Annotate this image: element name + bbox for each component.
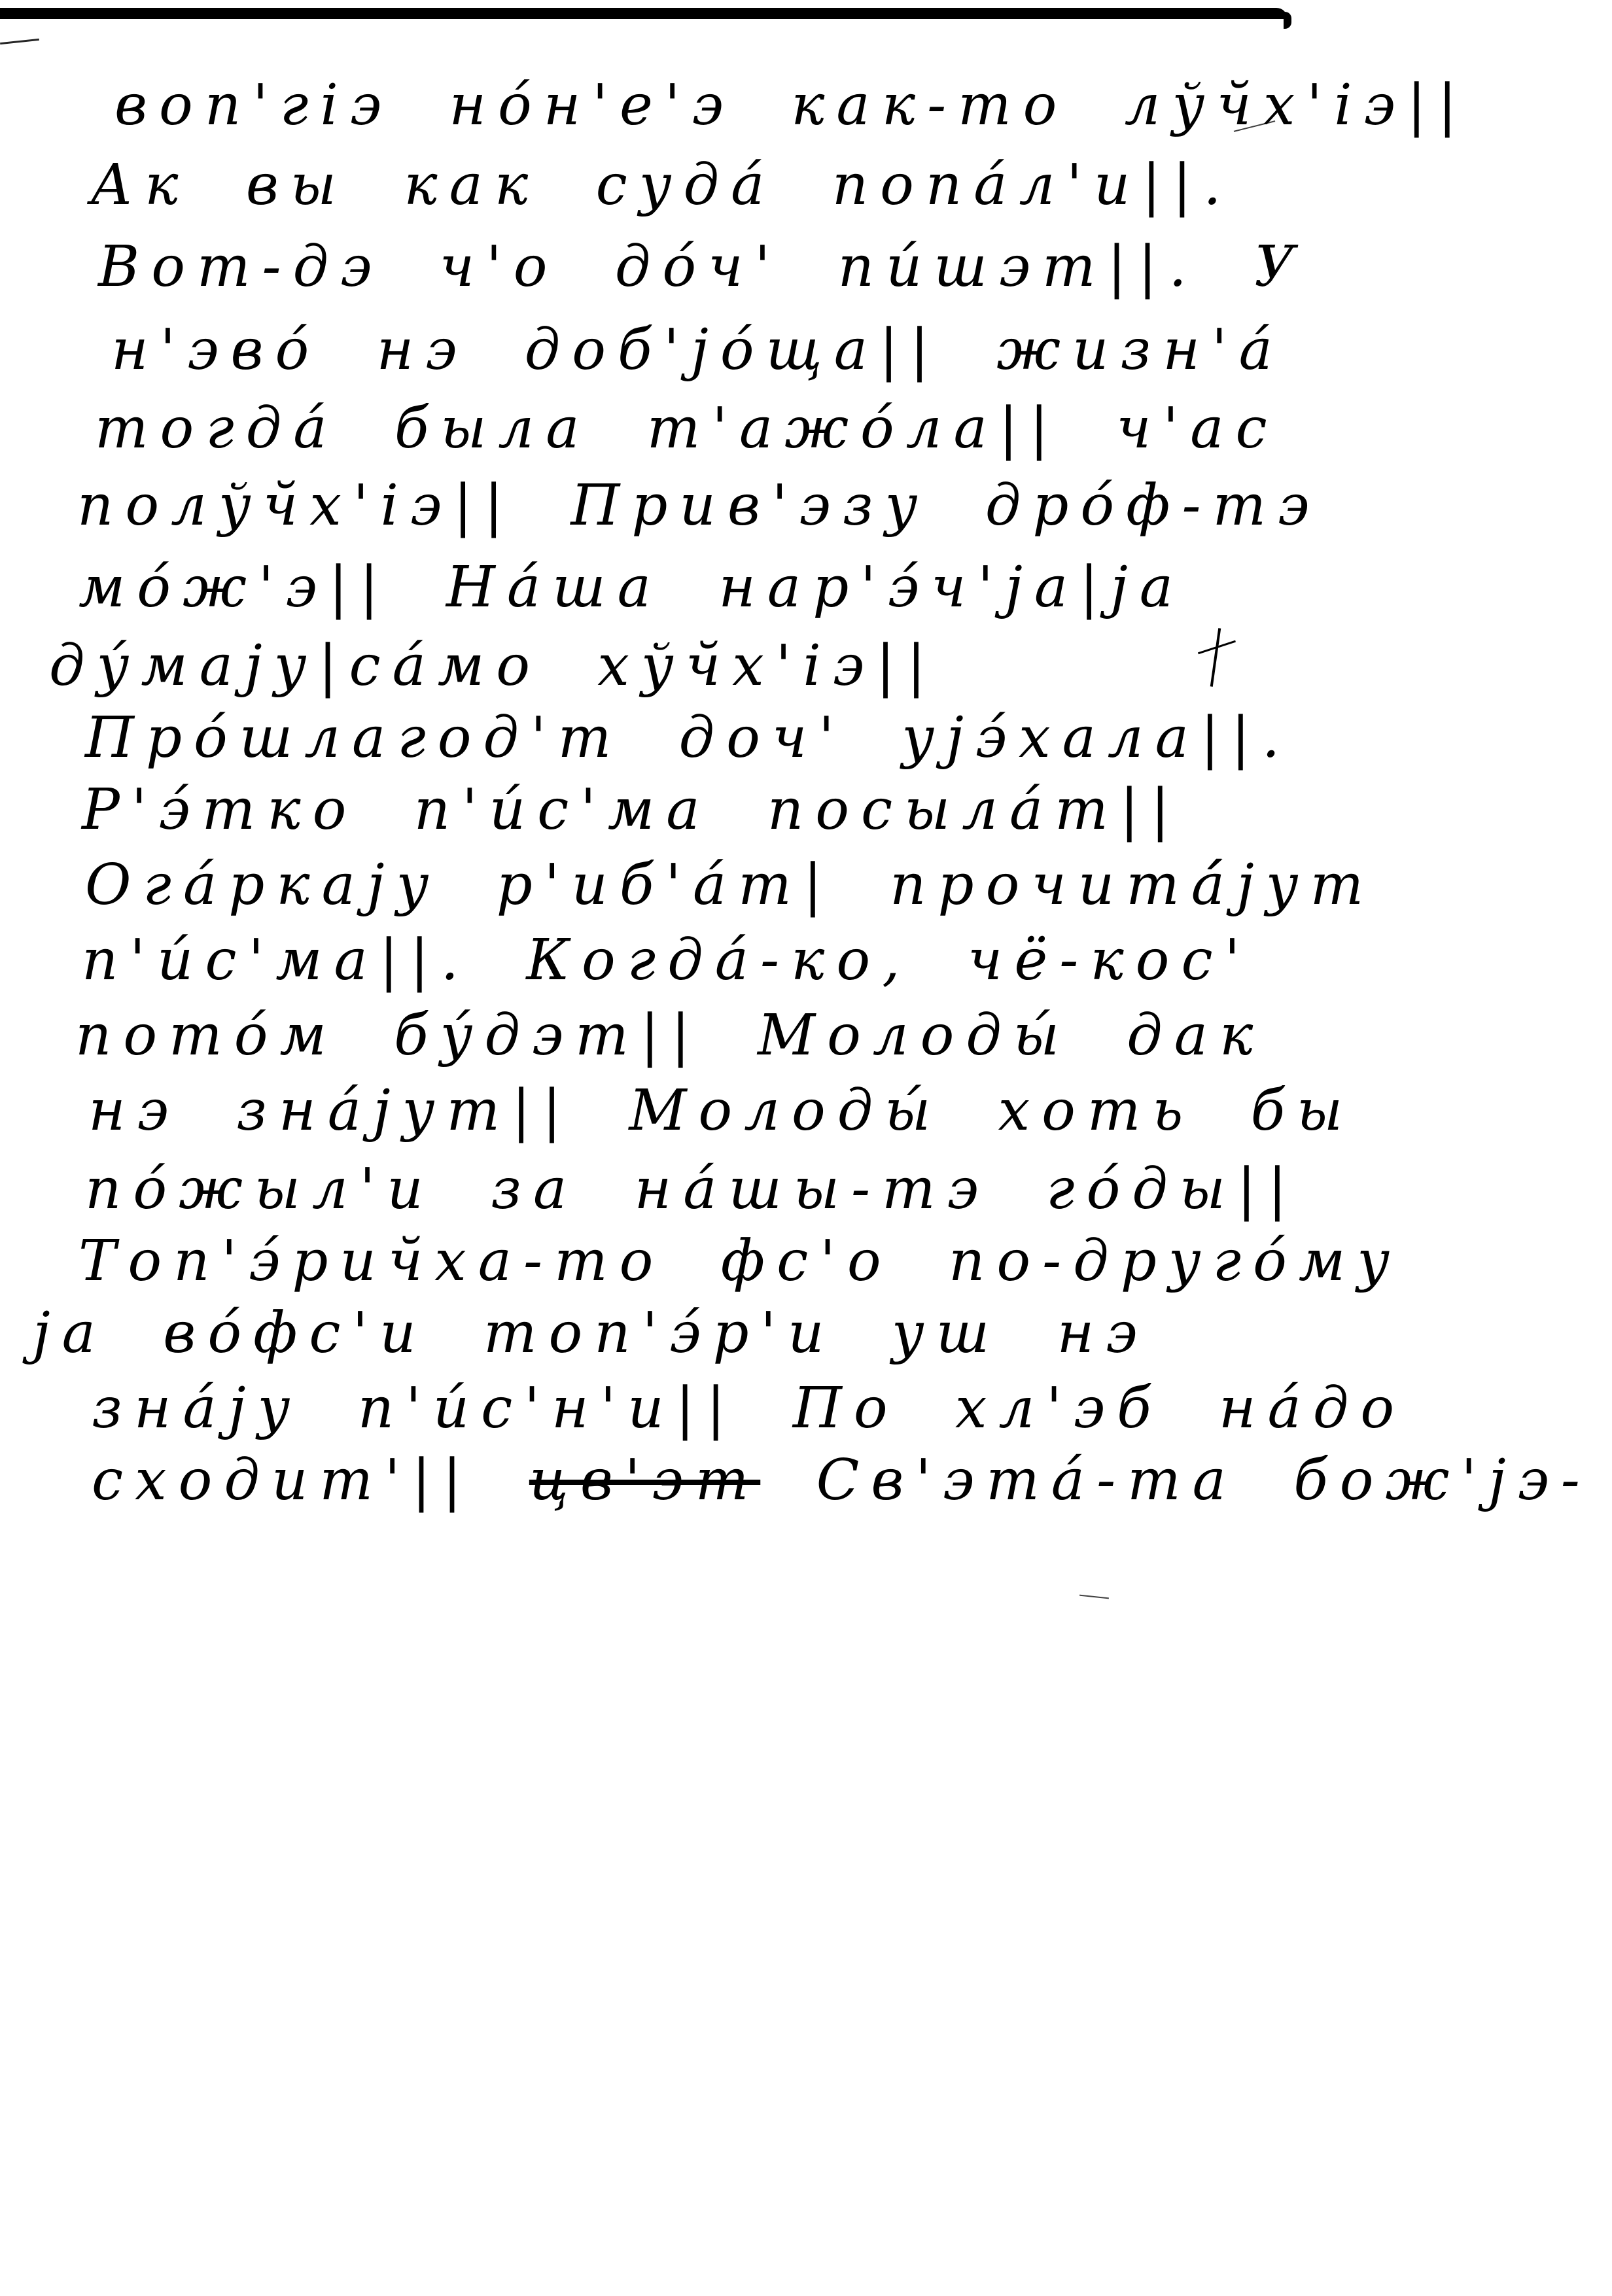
handwritten-line-3: Вот-дэ ч'о до́ч' пи́шэт||. У: [98, 239, 1306, 295]
line-19-start: сходит'||: [92, 1448, 473, 1513]
handwritten-line-18: знájу п'и́с'н'и|| По хл'эб нáдо: [92, 1380, 1406, 1436]
handwritten-line-16: Топ'э́рич̆ха-то фс'о по-другóму: [79, 1233, 1401, 1289]
struck-out-word: цв'эт: [529, 1448, 760, 1513]
handwritten-line-7: мо́ж'э|| На́ша нар'э́ч'ja|ja: [79, 559, 1185, 616]
cross-mark-icon: [1197, 628, 1236, 687]
handwritten-line-12: п'и́с'ма||. Когда́-ко, чё-кос': [82, 932, 1252, 988]
handwritten-line-19: сходит'|| цв'эт Св'этá-та бож'jэ-: [92, 1452, 1592, 1508]
scanned-page: воп'гiэ но́н'е'э как-то лўч̆х'iэ|| Ак вы…: [0, 0, 1612, 2296]
handwritten-line-6: полўч̆х'iэ|| Прив'эзу дро́ф-тэ: [77, 478, 1321, 534]
handwritten-line-4: н'эво́ нэ доб'jо́ща|| жизн'а́: [111, 322, 1284, 378]
handwritten-line-11: Огáркаjу р'иб'а́т| прочитá́jут: [85, 857, 1375, 913]
handwritten-line-9: Про́шлагод'т доч' уjэ́хала||.: [85, 710, 1291, 766]
handwritten-line-10: Р'э́тко п'и́с'ма посыла́т||: [82, 782, 1182, 838]
handwritten-line-2: Ак вы как суда́ попа́л'и||.: [90, 157, 1233, 213]
handwritten-line-14: нэ знájут|| Молоды́ хоть бы: [88, 1083, 1354, 1139]
handwritten-line-13: пото́м бу́дэт|| Молоды́ дак: [75, 1007, 1265, 1064]
handwritten-line-17: jа вóфс'и топ'э́р'и уш нэ: [33, 1305, 1149, 1361]
handwritten-line-5: тогда́ была т'ажо́ла|| ч'ас: [95, 400, 1279, 457]
margin-tick: [0, 39, 39, 44]
line-19-end: Св'этá-та бож'jэ-: [816, 1448, 1592, 1513]
handwritten-line-15: по́жыл'и за нáшы-тэ гóды||: [85, 1161, 1299, 1217]
scan-top-border: [0, 8, 1288, 19]
handwritten-line-8: ду́маjу|са́мо хўч̆х'iэ||: [49, 638, 937, 694]
stray-dash-mark: [1079, 1595, 1109, 1599]
handwritten-line-1: воп'гiэ но́н'е'э как-то лўч̆х'iэ||: [114, 77, 1469, 133]
